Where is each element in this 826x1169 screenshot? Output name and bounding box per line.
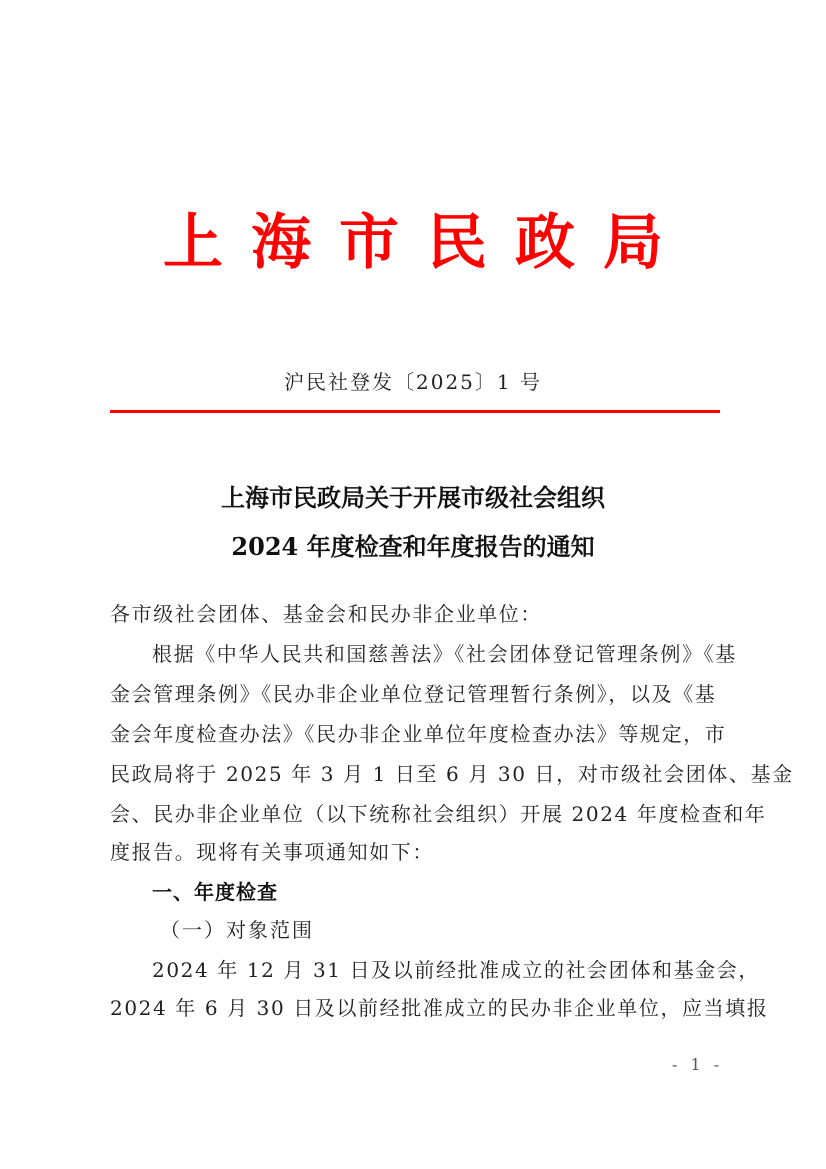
red-separator-rule	[110, 410, 720, 413]
document-page: 上海市民政局 沪民社登发〔2025〕1 号 上海市民政局关于开展市级社会组织 2…	[0, 0, 826, 1169]
organization-header: 上海市民政局	[0, 205, 826, 281]
paragraph-line: 2024 年 12 月 31 日及以前经批准成立的社会团体和基金会，	[152, 956, 722, 984]
paragraph-line: 民政局将于 2025 年 3 月 1 日至 6 月 30 日，对市级社会团体、基…	[110, 760, 722, 788]
paragraph-line: 度报告。现将有关事项通知如下：	[110, 838, 722, 866]
paragraph-line: 金会年度检查办法》《民办非企业单位年度检查办法》等规定，市	[110, 720, 722, 748]
paragraph-line: 根据《中华人民共和国慈善法》《社会团体登记管理条例》《基	[152, 640, 722, 668]
salutation: 各市级社会团体、基金会和民办非企业单位：	[110, 600, 722, 628]
page-number: - 1 -	[672, 1055, 723, 1074]
subsection-heading: （一）对象范围	[160, 914, 314, 943]
paragraph-line: 金会管理条例》《民办非企业单位登记管理暂行条例》，以及《基	[110, 680, 722, 708]
paragraph-line: 2024 年 6 月 30 日及以前经批准成立的民办非企业单位，应当填报	[110, 994, 722, 1022]
paragraph-line: 会、民办非企业单位（以下统称社会组织）开展 2024 年度检查和年	[110, 800, 722, 828]
document-title-line-1: 上海市民政局关于开展市级社会组织	[0, 478, 826, 513]
document-title-line-2: 2024 年度检查和年度报告的通知	[0, 527, 826, 562]
document-number: 沪民社登发〔2025〕1 号	[0, 366, 826, 395]
section-heading: 一、年度检查	[152, 876, 278, 905]
